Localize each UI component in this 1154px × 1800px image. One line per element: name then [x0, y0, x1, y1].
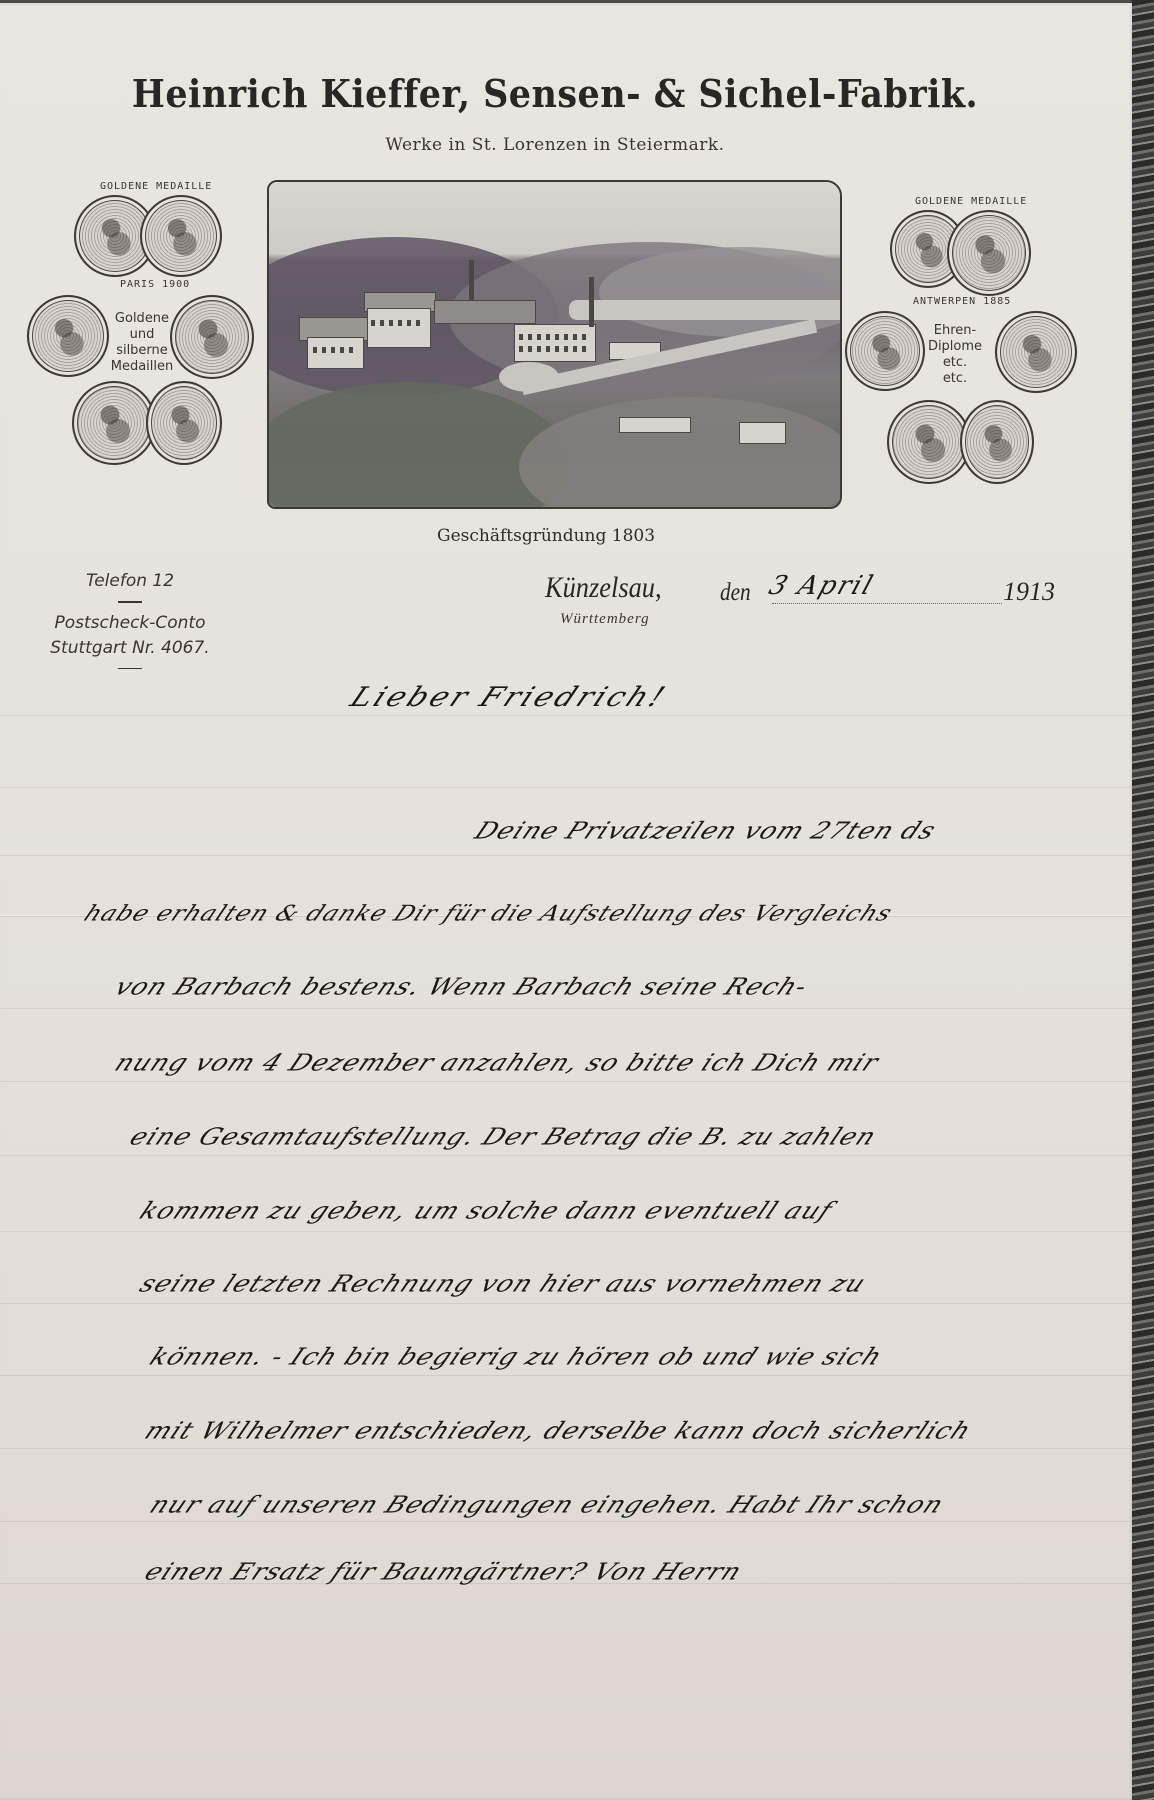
salutation: Lieber Friedrich! [345, 682, 673, 714]
medal-icon [947, 210, 1031, 296]
medal-caption-top: GOLDENE MEDAILLE [100, 181, 212, 192]
region-name: Württemberg [560, 611, 650, 628]
medal-caption-top: GOLDENE MEDAILLE [915, 196, 1027, 207]
building [307, 337, 364, 369]
ruled-line [0, 1375, 1134, 1376]
letter-line: von Barbach bestens. Wenn Barbach seine … [110, 974, 813, 1001]
letter-line: eine Gesamtaufstellung. Der Betrag die B… [125, 1124, 881, 1151]
medal-caption-bottom: ANTWERPEN 1885 [913, 296, 1011, 307]
place-name: Künzelsau, [545, 571, 662, 605]
medal-icon [995, 311, 1077, 393]
ruled-line [0, 787, 1134, 788]
medals-right: GOLDENE MEDAILLE ANTWERPEN 1885 Ehren- D… [845, 188, 1085, 488]
roof [434, 300, 536, 324]
windows [313, 347, 357, 353]
letter-line: einen Ersatz für Baumgärtner? Von Herrn [140, 1559, 747, 1586]
ruled-line [0, 1448, 1134, 1449]
ruled-line [0, 1155, 1134, 1156]
letter-line: habe erhalten & danke Dir für die Aufste… [80, 901, 897, 926]
contact-block: Telefon 12 Postscheck-Conto Stuttgart Nr… [10, 569, 250, 677]
ruled-line [0, 715, 1134, 716]
postal-account-number: Stuttgart Nr. 4067. [10, 636, 250, 661]
building [619, 417, 691, 433]
date-prefix: den [720, 579, 751, 607]
medal-icon [170, 295, 254, 379]
medals-left: GOLDENE MEDAILLE PARIS 1900 Goldene und … [22, 173, 262, 473]
postal-account-label: Postscheck-Conto [10, 611, 250, 636]
company-name: Heinrich Kieffer, Sensen- & Sichel-Fabri… [44, 71, 1065, 116]
letter-line: seine letzten Rechnung von hier aus vorn… [135, 1271, 871, 1298]
works-location: Werke in St. Lorenzen in Steiermark. [0, 135, 1110, 155]
river [569, 300, 842, 320]
ruled-line [0, 855, 1134, 856]
letter-line: mit Wilhelmer entschieden, derselbe kann… [140, 1418, 976, 1445]
medal-icon [960, 400, 1034, 484]
ruled-line [0, 1521, 1134, 1522]
medal-icon [887, 400, 971, 484]
medal-description: Ehren- Diplome etc. etc. [910, 323, 1000, 387]
letter-line: Deine Privatzeilen vom 27ten ds [470, 818, 941, 845]
ruled-line [0, 1231, 1134, 1232]
windows [519, 334, 589, 340]
chimney [469, 260, 474, 300]
ruled-line [0, 1303, 1134, 1304]
lower-valley [519, 397, 842, 509]
medal-icon [146, 381, 222, 465]
foreground-trees [267, 382, 569, 509]
letter-line: können. - Ich bin begierig zu hören ob u… [145, 1344, 887, 1371]
date-year: 1913 [1003, 577, 1055, 607]
letter-line: nung vom 4 Dezember anzahlen, so bitte i… [110, 1050, 883, 1077]
building [514, 324, 596, 362]
letter-paper: Heinrich Kieffer, Sensen- & Sichel-Fabri… [0, 3, 1134, 1800]
medal-icon [72, 381, 156, 465]
ruled-line [0, 1008, 1134, 1009]
stone-background [1132, 0, 1154, 1800]
divider [118, 601, 142, 603]
windows [519, 346, 589, 352]
phone-number: Telefon 12 [10, 569, 250, 594]
chimney [589, 277, 594, 327]
medal-icon [140, 195, 222, 277]
building [739, 422, 786, 444]
medal-caption-bottom: PARIS 1900 [120, 279, 190, 290]
factory-illustration [267, 180, 842, 509]
handwritten-date: 3 April [765, 571, 878, 601]
ruled-line [0, 1081, 1134, 1082]
letter-line: kommen zu geben, um solche dann eventuel… [135, 1198, 837, 1225]
building [367, 308, 431, 348]
date-fill-line [772, 603, 1002, 604]
letter-line: nur auf unseren Bedingungen eingehen. Ha… [145, 1492, 948, 1519]
windows [371, 320, 425, 326]
divider [118, 668, 142, 670]
founding-year: Geschäftsgründung 1803 [437, 526, 655, 546]
